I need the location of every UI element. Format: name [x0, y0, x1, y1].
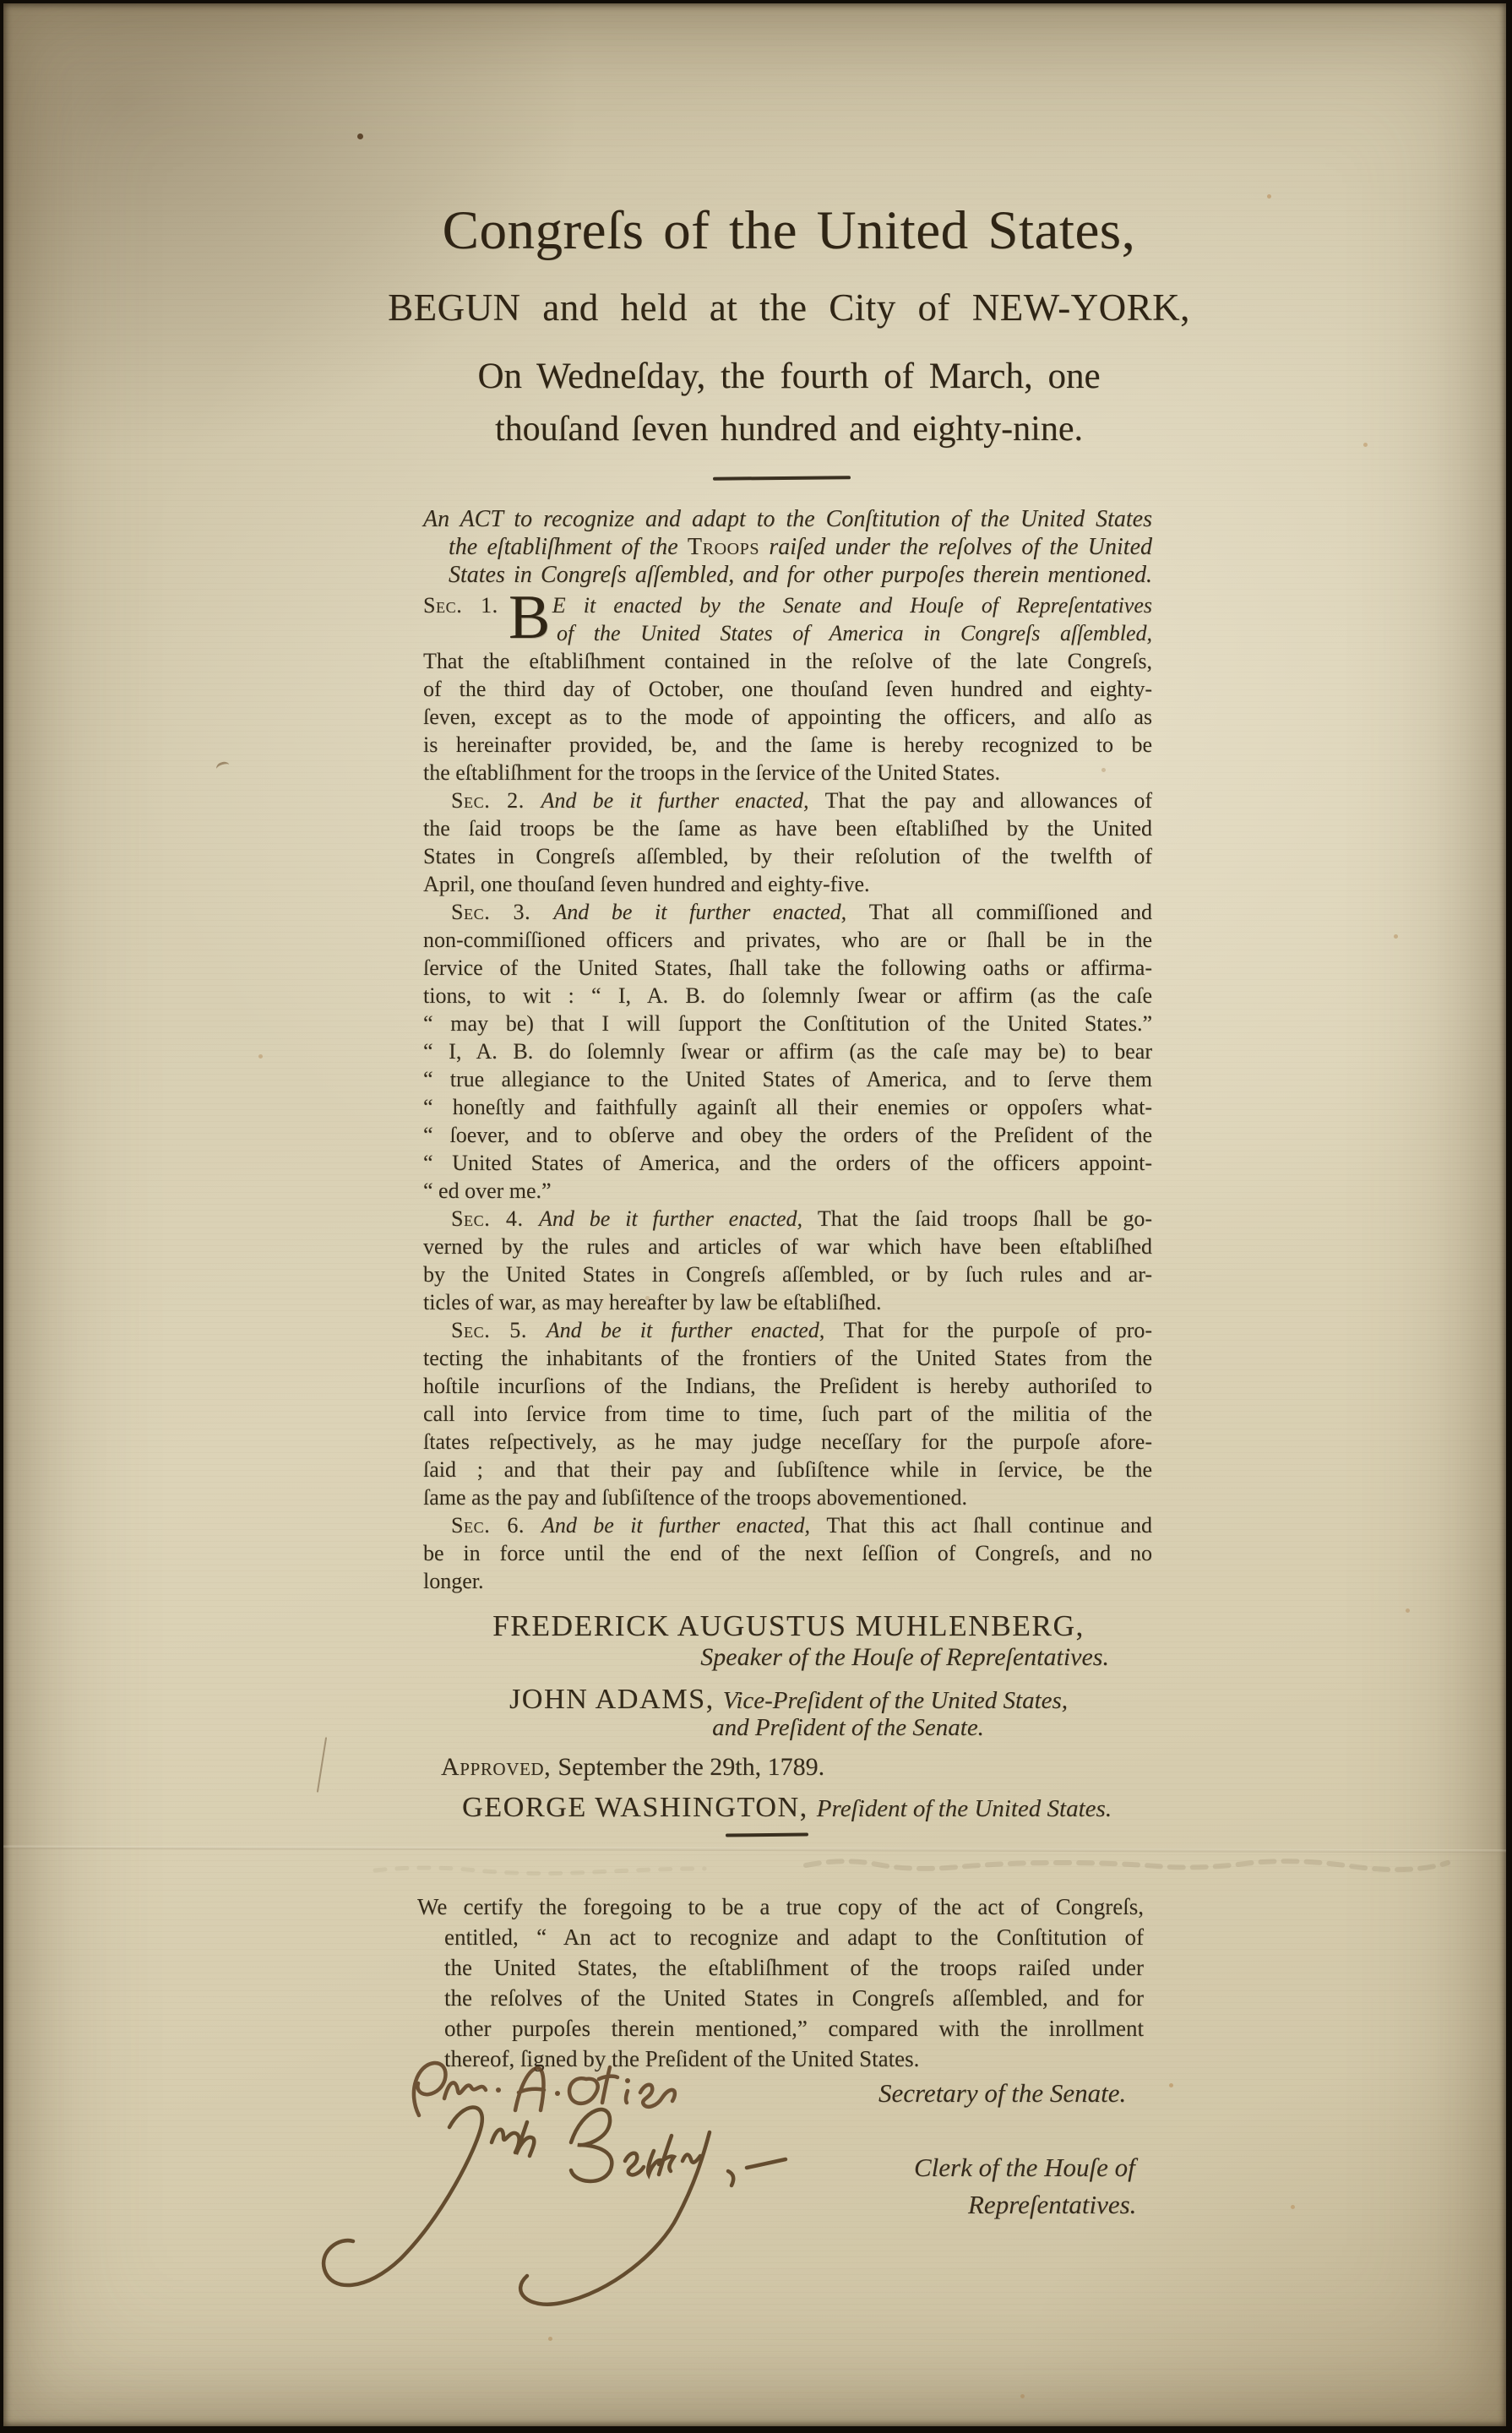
- text-segment: ſtates reſpectively, as he may judge nec…: [423, 1429, 1152, 1454]
- pen-curl-mark: [215, 760, 231, 774]
- text-line: tecting the inhabitants of the frontiers…: [423, 1346, 1152, 1372]
- text-line: States in Congreſs aſſembled, and for ot…: [449, 561, 1152, 589]
- text-segment: “ ed over me.”: [423, 1178, 552, 1203]
- text-segment: That the ſaid troops ſhall be go-: [818, 1206, 1152, 1231]
- text-segment: That the eſtabliſhment contained in the …: [423, 649, 1152, 673]
- text-segment: tecting the inhabitants of the frontiers…: [423, 1346, 1152, 1370]
- text-segment: And be it further enacted,: [541, 1513, 826, 1538]
- text-line: hoſtile incurſions of the Indians, the P…: [423, 1374, 1152, 1400]
- text-segment: Sec. 3.: [451, 900, 553, 924]
- text-line: tions, to wit : “ I, A. B. do ſolemnly ſ…: [423, 983, 1152, 1010]
- text-segment: And be it further enacted,: [539, 1206, 818, 1231]
- beckley-title-line2: Repreſentatives.: [968, 2190, 1136, 2220]
- text-segment: “ may be) that I will ſupport the Conſti…: [423, 1011, 1152, 1036]
- text-segment: the reſolves of the United States in Con…: [444, 1985, 1144, 2011]
- text-line: of the third day of October, one thouſan…: [423, 677, 1152, 703]
- otis-title: Secretary of the Senate.: [878, 2078, 1126, 2109]
- text-segment: States in Congreſs aſſembled, by their r…: [423, 844, 1152, 868]
- text-line: We certify the foregoing to be a true co…: [417, 1894, 1144, 1921]
- document-title: Congreſs of the United States,: [341, 199, 1237, 263]
- text-segment: and Preſident of the Senate.: [712, 1714, 984, 1741]
- paper: Congreſs of the United States, BEGUN and…: [3, 3, 1506, 2426]
- text-segment: Sec. 1.: [423, 593, 498, 618]
- text-segment: tions, to wit : “ I, A. B. do ſolemnly ſ…: [423, 983, 1152, 1008]
- text-segment: hoſtile incurſions of the Indians, the P…: [423, 1374, 1152, 1398]
- text-segment: ſervice of the United States, ſhall take…: [423, 955, 1152, 980]
- text-line: be in force until the end of the next ſe…: [423, 1541, 1152, 1567]
- text-line: April, one thouſand ſeven hundred and ei…: [423, 872, 1152, 898]
- text-line: non-commiſſioned officers and privates, …: [423, 928, 1152, 954]
- text-line: entitled, “ An act to recognize and adap…: [444, 1924, 1144, 1951]
- text-line: “ ſoever, and to obſerve and obey the or…: [423, 1123, 1152, 1149]
- text-segment: be in force until the end of the next ſe…: [423, 1541, 1152, 1565]
- text-segment: of the third day of October, one thouſan…: [423, 677, 1152, 701]
- text-line: ſame as the pay and ſubſiſtence of the t…: [423, 1485, 1152, 1511]
- text-line: the reſolves of the United States in Con…: [444, 1985, 1144, 2012]
- text-line: other purpoſes therein mentioned,” compa…: [444, 2016, 1144, 2043]
- closing-rule: [726, 1832, 808, 1837]
- text-segment: Sec. 4.: [451, 1206, 539, 1231]
- text-line: is hereinafter provided, be, and the ſam…: [423, 732, 1152, 759]
- text-segment: April, one thouſand ſeven hundred and ei…: [423, 872, 870, 896]
- text-segment: “ I, A. B. do ſolemnly ſwear or affirm (…: [423, 1039, 1152, 1064]
- text-line: call into ſervice from time to time, ſuc…: [423, 1402, 1152, 1428]
- text-segment: call into ſervice from time to time, ſuc…: [423, 1402, 1152, 1426]
- text-segment: E it enacted by the Senate and Houſe of …: [552, 593, 1152, 618]
- text-line: the United States, the eſtabliſhment of …: [444, 1955, 1144, 1982]
- text-line: “ may be) that I will ſupport the Conſti…: [423, 1011, 1152, 1037]
- text-line: and Preſident of the Senate.: [595, 1713, 1101, 1742]
- dropcap-letter: B: [509, 586, 550, 649]
- text-segment: Preſident of the United States.: [817, 1795, 1112, 1822]
- text-line: of the United States of America in Congr…: [557, 621, 1152, 647]
- text-segment: FREDERICK AUGUSTUS MUHLENBERG,: [492, 1608, 1085, 1642]
- text-line: Sec. 2. And be it further enacted, That …: [451, 788, 1152, 814]
- text-segment: the United States, the eſtabliſhment of …: [444, 1955, 1144, 1980]
- text-segment: longer.: [423, 1569, 484, 1593]
- text-segment: the eſtabliſhment of the: [449, 534, 688, 560]
- text-segment: ſaid ; and that their pay and ſubſiſtenc…: [423, 1457, 1152, 1482]
- text-line: GEORGE WASHINGTON, Preſident of the Unit…: [462, 1791, 1307, 1825]
- text-line: “ ed over me.”: [423, 1178, 1152, 1205]
- beckley-title-line1: Clerk of the Houſe of: [914, 2153, 1135, 2183]
- text-line: “ United States of America, and the orde…: [423, 1151, 1152, 1177]
- text-segment: non-commiſſioned officers and privates, …: [423, 928, 1152, 952]
- text-segment: raiſed under the reſolves of the United: [759, 534, 1152, 560]
- text-segment: September the 29th, 1789.: [557, 1753, 824, 1781]
- text-line: by the United States in Congreſs aſſembl…: [423, 1262, 1152, 1288]
- text-line: Approved, September the 29th, 1789.: [441, 1752, 1201, 1782]
- heading-line-date2: thouſand ſeven hundred and eighty-nine.: [341, 409, 1237, 449]
- text-line: ſervice of the United States, ſhall take…: [423, 955, 1152, 982]
- text-line: An ACT to recognize and adapt to the Con…: [423, 505, 1152, 533]
- text-line: the ſaid troops be the ſame as have been…: [423, 816, 1152, 842]
- text-line: Sec. 5. And be it further enacted, That …: [451, 1318, 1152, 1344]
- text-segment: That for the purpoſe of pro-: [844, 1318, 1152, 1342]
- text-segment: Vice-Preſident of the United States,: [723, 1687, 1068, 1714]
- text-segment: “ honeſtly and faithfully againſt all th…: [423, 1095, 1152, 1119]
- text-segment: ſame as the pay and ſubſiſtence of the t…: [423, 1485, 967, 1510]
- text-line: Sec. 4. And be it further enacted, That …: [451, 1206, 1152, 1233]
- text-line: longer.: [423, 1569, 1152, 1595]
- text-line: States in Congreſs aſſembled, by their r…: [423, 844, 1152, 870]
- scratch-mark: [317, 1737, 327, 1793]
- text-line: “ honeſtly and faithfully againſt all th…: [423, 1095, 1152, 1121]
- text-segment: the eſtabliſhment for the troops in the …: [423, 760, 1000, 785]
- text-line: Sec. 3. And be it further enacted, That …: [451, 900, 1152, 926]
- text-segment: verned by the rules and articles of war …: [423, 1234, 1152, 1259]
- text-line: ſeven, except as to the mode of appointi…: [423, 705, 1152, 731]
- text-line: ticles of war, as may hereafter by law b…: [423, 1290, 1152, 1316]
- text-segment: the ſaid troops be the ſame as have been…: [423, 816, 1152, 841]
- text-segment: entitled, “ An act to recognize and adap…: [444, 1924, 1144, 1950]
- text-line: “ true allegiance to the United States o…: [423, 1067, 1152, 1093]
- heading-line-date1: On Wedneſday, the fourth of March, one: [341, 356, 1237, 397]
- text-segment: by the United States in Congreſs aſſembl…: [423, 1262, 1152, 1287]
- text-line: Speaker of the Houſe of Repreſentatives.: [423, 1642, 1109, 1672]
- text-segment: ſeven, except as to the mode of appointi…: [423, 705, 1152, 729]
- text-segment: “ ſoever, and to obſerve and obey the or…: [423, 1123, 1152, 1147]
- text-line: ſtates reſpectively, as he may judge nec…: [423, 1429, 1152, 1456]
- text-segment: other purpoſes therein mentioned,” compa…: [444, 2016, 1144, 2041]
- text-segment: That all commiſſioned and: [869, 900, 1152, 924]
- text-segment: Sec. 2.: [451, 788, 541, 813]
- text-segment: Sec. 6.: [451, 1513, 541, 1538]
- beckley-signature-ink: [272, 2088, 838, 2333]
- text-segment: We certify the foregoing to be a true co…: [417, 1894, 1144, 1919]
- text-segment: And be it further enacted,: [541, 788, 825, 813]
- text-segment: That the pay and allowances of: [825, 788, 1152, 813]
- text-line: Sec. 6. And be it further enacted, That …: [451, 1513, 1152, 1539]
- text-segment: is hereinafter provided, be, and the ſam…: [423, 732, 1152, 757]
- text-segment: Approved,: [441, 1753, 557, 1781]
- text-line: verned by the rules and articles of war …: [423, 1234, 1152, 1260]
- text-segment: An ACT to recognize and adapt to the Con…: [423, 506, 1152, 532]
- text-line: ſaid ; and that their pay and ſubſiſtenc…: [423, 1457, 1152, 1483]
- text-segment: States in Congreſs aſſembled, and for ot…: [449, 562, 1152, 588]
- ghost-writing: [358, 1843, 1465, 1886]
- text-line: the eſtabliſhment of the Troops raiſed u…: [449, 533, 1152, 561]
- text-segment: And be it further enacted,: [547, 1318, 844, 1342]
- text-segment: JOHN ADAMS,: [509, 1684, 723, 1715]
- text-segment: That this act ſhall continue and: [826, 1513, 1152, 1538]
- ink-speck: [3, 3, 8, 8]
- text-line: JOHN ADAMS, Vice-Preſident of the United…: [423, 1683, 1154, 1717]
- text-line: the eſtabliſhment for the troops in the …: [423, 760, 1152, 787]
- text-segment: ticles of war, as may hereafter by law b…: [423, 1290, 882, 1314]
- text-segment: of the United States of America in Congr…: [557, 621, 1152, 645]
- text-segment: Sec. 5.: [451, 1318, 547, 1342]
- text-segment: Speaker of the Houſe of Repreſentatives.: [700, 1643, 1109, 1671]
- text-line: “ I, A. B. do ſolemnly ſwear or affirm (…: [423, 1039, 1152, 1065]
- text-segment: Troops: [688, 534, 759, 560]
- text-segment: “ true allegiance to the United States o…: [423, 1067, 1152, 1091]
- heading-line-begun: BEGUN and held at the City of NEW-YORK,: [341, 286, 1237, 329]
- header-rule: [713, 476, 851, 480]
- text-segment: “ United States of America, and the orde…: [423, 1151, 1152, 1175]
- text-line: That the eſtabliſhment contained in the …: [423, 649, 1152, 675]
- text-segment: GEORGE WASHINGTON,: [462, 1792, 817, 1823]
- text-segment: And be it further enacted,: [553, 900, 868, 924]
- text-line: FREDERICK AUGUSTUS MUHLENBERG,: [423, 1608, 1154, 1644]
- photograph-background: Congreſs of the United States, BEGUN and…: [0, 0, 1512, 2433]
